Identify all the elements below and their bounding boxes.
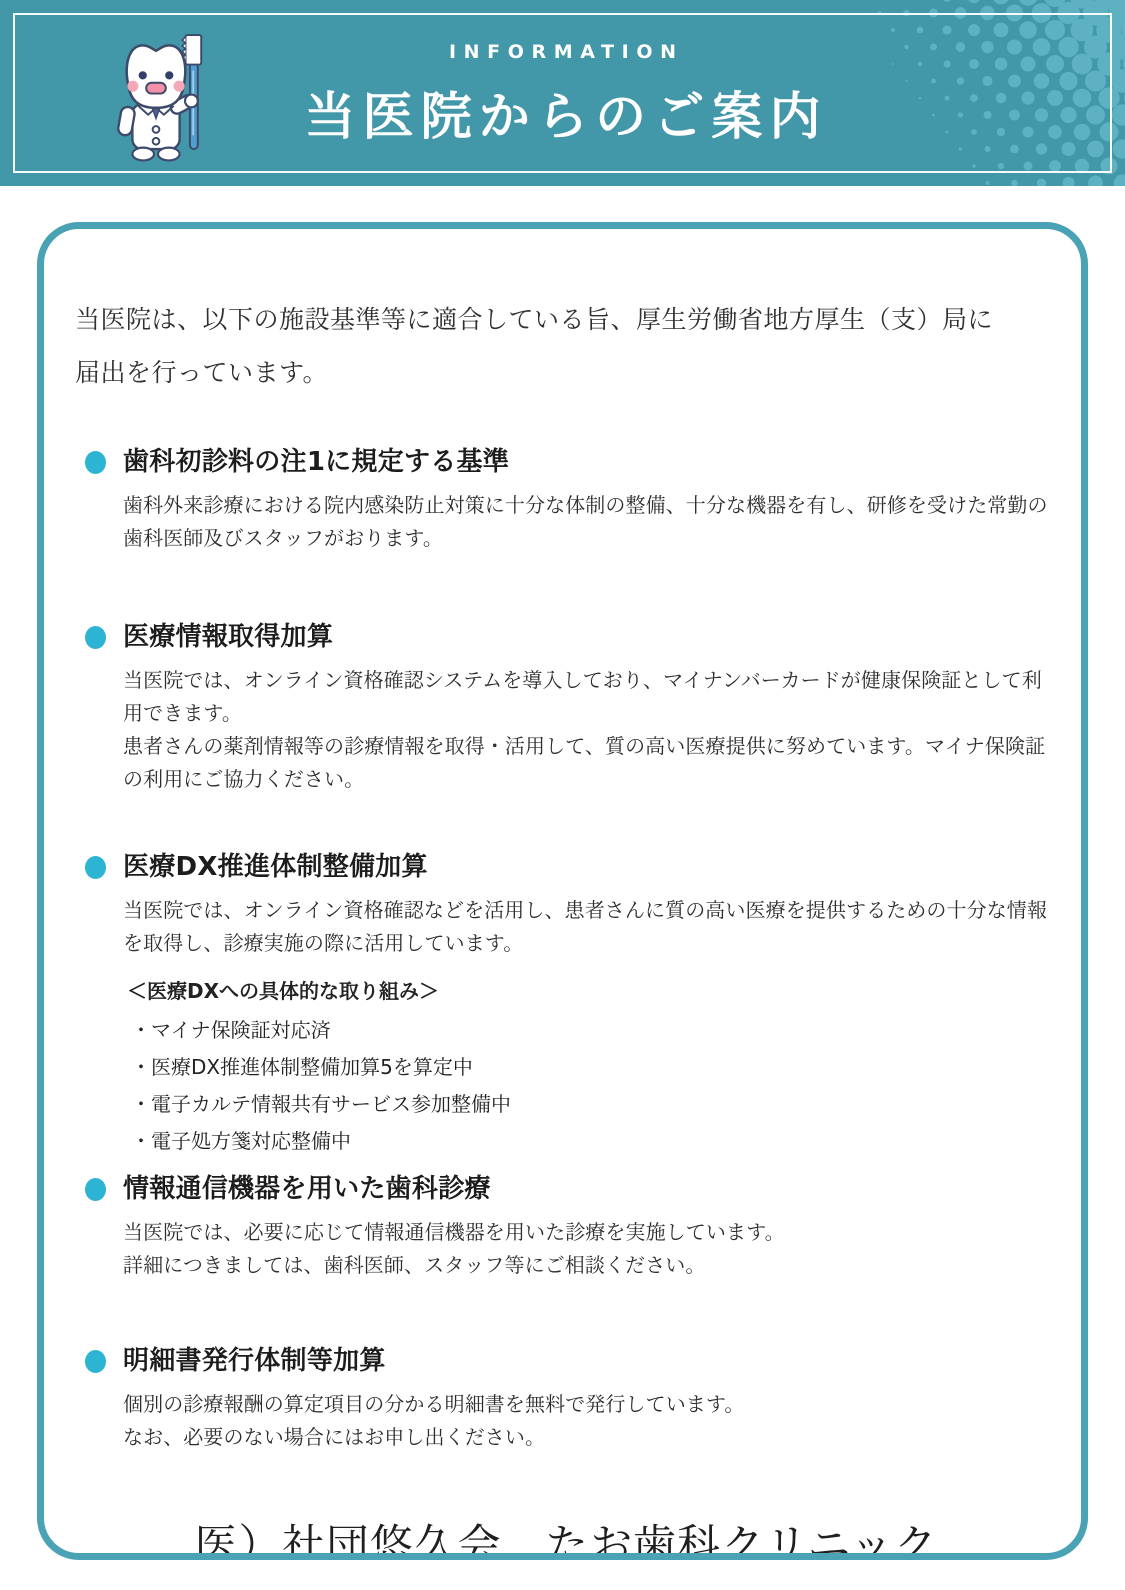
bullet-dot-icon <box>85 1178 106 1201</box>
section-body: 個別の診療報酬の算定項目の分かる明細書を無料で発行しています。 なお、必要のない… <box>123 1388 1049 1454</box>
section-meisaisho: 明細書発行体制等加算 個別の診療報酬の算定項目の分かる明細書を無料で発行していま… <box>75 1344 1057 1454</box>
section-body: 当医院では、オンライン資格確認などを活用し、患者さんに質の高い医療を提供するため… <box>123 894 1049 960</box>
section-body: 歯科外来診療における院内感染防止対策に十分な体制の整備、十分な機器を有し、研修を… <box>123 489 1049 555</box>
tooth-doctor-mascot-icon <box>97 30 215 164</box>
header-eyebrow: INFORMATION <box>441 41 683 63</box>
section-body: 当医院では、オンライン資格確認システムを導入しており、マイナンバーカードが健康保… <box>123 664 1049 796</box>
section-iryo-joho-shutoku: 医療情報取得加算 当医院では、オンライン資格確認システムを導入しており、マイナン… <box>75 620 1057 796</box>
bullet-dot-icon <box>85 1350 106 1373</box>
section-heading: 情報通信機器を用いた歯科診療 <box>123 1172 491 1206</box>
section-body: 当医院では、必要に応じて情報通信機器を用いた診療を実施しています。 詳細につきま… <box>123 1216 1049 1282</box>
clinic-name: 医）社団悠久会 たお歯科クリニック <box>75 1512 1057 1560</box>
content-card: 当医院は、以下の施設基準等に適合している旨、厚生労働省地方厚生（支）局に 届出を… <box>37 222 1088 1560</box>
section-heading: 明細書発行体制等加算 <box>123 1344 386 1378</box>
section-iryo-dx: 医療DX推進体制整備加算 当医院では、オンライン資格確認などを活用し、患者さんに… <box>75 850 1057 1160</box>
flyer-page: INFORMATION 当医院からのご案内 当医院は、以下の施設基準等に適合して… <box>0 0 1125 1590</box>
section-heading: 歯科初診料の注1に規定する基準 <box>123 445 509 479</box>
header-banner: INFORMATION 当医院からのご案内 <box>0 0 1125 186</box>
bullet-dot-icon <box>85 856 106 879</box>
dx-initiatives-subsection: ＜医療DXへの具体的な取り組み＞ ・マイナ保険証対応済 ・医療DX推進体制整備加… <box>127 976 1057 1160</box>
section-joho-tsushin-kiki: 情報通信機器を用いた歯科診療 当医院では、必要に応じて情報通信機器を用いた診療を… <box>75 1172 1057 1282</box>
bullet-dot-icon <box>85 626 106 649</box>
section-heading: 医療情報取得加算 <box>123 620 333 654</box>
section-heading: 医療DX推進体制整備加算 <box>123 850 428 884</box>
section-shoshinryo: 歯科初診料の注1に規定する基準 歯科外来診療における院内感染防止対策に十分な体制… <box>75 445 1057 555</box>
page-title: 当医院からのご案内 <box>297 75 827 149</box>
dx-initiatives-title: ＜医療DXへの具体的な取り組み＞ <box>127 976 1057 1006</box>
dx-initiatives-list: ・マイナ保険証対応済 ・医療DX推進体制整備加算5を算定中 ・電子カルテ情報共有… <box>131 1012 1057 1160</box>
intro-paragraph: 当医院は、以下の施設基準等に適合している旨、厚生労働省地方厚生（支）局に 届出を… <box>75 293 1057 399</box>
toothbrush-icon <box>182 35 201 149</box>
bullet-dot-icon <box>85 451 106 474</box>
